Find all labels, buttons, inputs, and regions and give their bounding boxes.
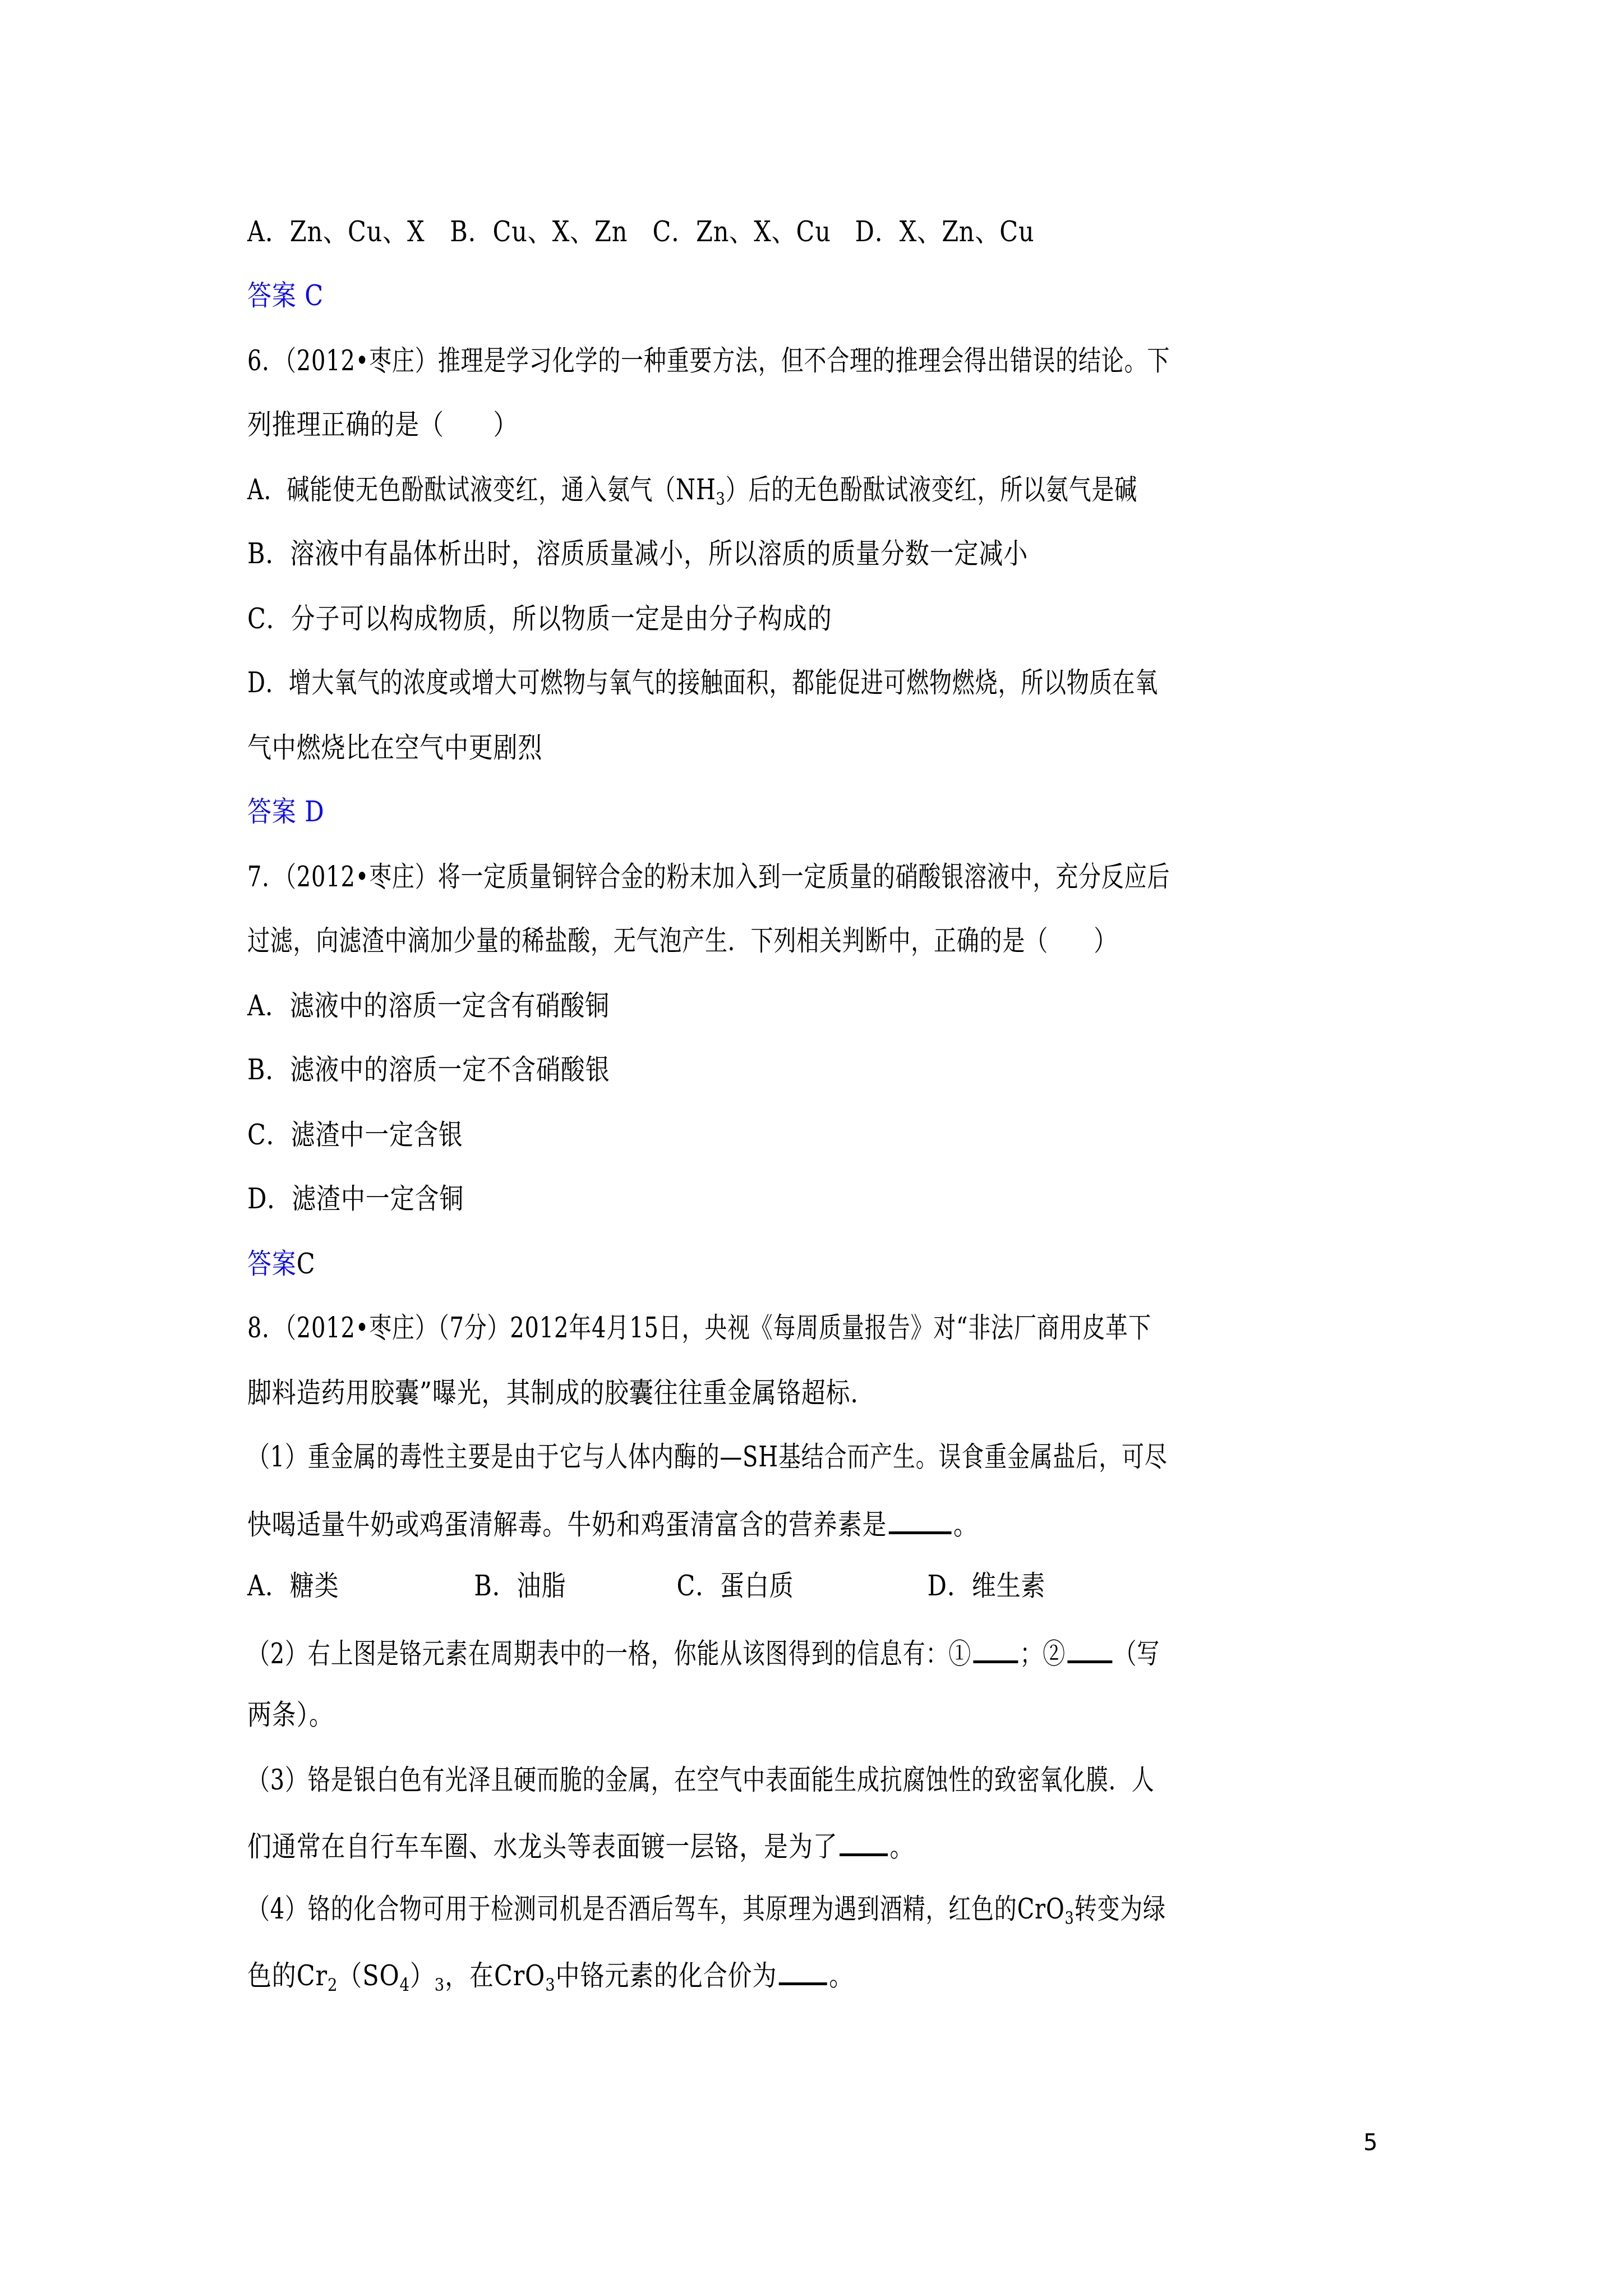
q7-option-c: C．滤渣中一定含银: [247, 1115, 1236, 1154]
answer-value: C: [305, 279, 324, 312]
subscript: 3: [716, 488, 726, 509]
q8-part4-line1: （4）铬的化合物可用于检测司机是否酒后驾车，其原理为遇到酒精，红色的CrO3转变…: [247, 1889, 1167, 1929]
q5-option-c: C．Zn、X、Cu: [652, 212, 855, 251]
subscript: 3: [1065, 1907, 1075, 1929]
q8-part2-line2: 两条）。: [247, 1695, 1236, 1734]
period: 。: [890, 1830, 915, 1863]
answer-blank[interactable]: [840, 1824, 888, 1856]
q8-part1-option-a: A．糖类: [247, 1566, 474, 1605]
q8-part4-line2: 色的Cr2（SO4）3，在CrO3中铬元素的化合价为。: [247, 1953, 1236, 1993]
q6-option-b: B．溶液中有晶体析出时，溶质质量减小，所以溶质的质量分数一定减小: [247, 534, 1236, 573]
q8-part4-line1-text: （4）铬的化合物可用于检测司机是否酒后驾车，其原理为遇到酒精，红色的CrO: [247, 1893, 1065, 1925]
answer-label: 答案: [247, 795, 297, 828]
q7-stem-line1: 7．（2012•枣庄）将一定质量铜锌合金的粉末加入到一定质量的硝酸银溶液中，充分…: [247, 857, 1167, 896]
answer-label: 答案: [247, 1248, 297, 1280]
answer-value: D: [305, 795, 324, 828]
q8-part1-option-d: D．维生素: [928, 1566, 1046, 1605]
document-page: A．Zn、Cu、XB．Cu、X、ZnC．Zn、X、CuD．X、Zn、Cu 答案 …: [0, 0, 1623, 2296]
answer-blank[interactable]: [889, 1502, 952, 1534]
q8-part1-line2: 快喝适量牛奶或鸡蛋清解毒。牛奶和鸡蛋清富含的营养素是。: [247, 1502, 1236, 1542]
q8-stem-line1: 8．（2012•枣庄）（7分）2012年4月15日，央视《每周质量报告》对“非法…: [247, 1308, 1167, 1347]
period: 。: [953, 1508, 978, 1541]
q5-answer: 答案 C: [247, 276, 1236, 315]
text-segment: ）: [410, 1959, 435, 1992]
subscript: 4: [400, 1974, 410, 1995]
text-segment: ，在CrO: [445, 1959, 545, 1992]
subscript: 3: [545, 1974, 555, 1995]
q8-part3-line2: 们通常在自行车车圈、水龙头等表面镀一层铬，是为了。: [247, 1824, 1236, 1864]
q6-option-c: C．分子可以构成物质，所以物质一定是由分子构成的: [247, 599, 1236, 638]
q6-stem-line1: 6．（2012•枣庄）推理是学习化学的一种重要方法，但不合理的推理会得出错误的结…: [247, 341, 1167, 380]
q8-part4-line1-tail: 转变为绿: [1075, 1893, 1166, 1925]
q6-stem-line2: 列推理正确的是（ ）: [247, 405, 1236, 444]
q8-stem-line2: 脚料造药用胶囊”曝光，其制成的胶囊往往重金属铬超标．: [247, 1373, 1236, 1412]
subscript: 2: [328, 1974, 338, 1995]
q8-part2-line1-tail: （写: [1114, 1637, 1160, 1670]
answer-value: C: [297, 1248, 316, 1280]
q6-answer: 答案 D: [247, 792, 1236, 831]
q8-part1-line2-text: 快喝适量牛奶或鸡蛋清解毒。牛奶和鸡蛋清富含的营养素是: [247, 1508, 887, 1541]
q8-part1-line1: （1）重金属的毒性主要是由于它与人体内酶的—SH基结合而产生。误食重金属盐后，可…: [247, 1437, 1167, 1476]
q6-option-a: A．碱能使无色酚酞试液变红，通入氨气（NH3）后的无色酚酞试液变红，所以氨气是碱: [247, 470, 1167, 509]
q5-option-d: D．X、Zn、Cu: [855, 212, 1035, 251]
q6-option-a-pre: A．碱能使无色酚酞试液变红，通入氨气（NH: [247, 473, 716, 506]
q8-part1-option-b: B．油脂: [474, 1566, 676, 1605]
text-segment: 中铬元素的化合价为: [556, 1959, 777, 1992]
q5-option-a: A．Zn、Cu、X: [247, 212, 450, 251]
period: 。: [829, 1959, 854, 1992]
q7-option-d: D．滤渣中一定含铜: [247, 1179, 1236, 1218]
q8-part1-option-c: C．蛋白质: [676, 1566, 927, 1605]
q8-part3-line1: （3）铬是银白色有光泽且硬而脆的金属，在空气中表面能生成抗腐蚀性的致密氧化膜．人: [247, 1760, 1167, 1800]
q8-part1-options: A．糖类B．油脂C．蛋白质D．维生素: [247, 1566, 1236, 1605]
subscript: 3: [435, 1974, 445, 1995]
q8-part3-line2-text: 们通常在自行车车圈、水龙头等表面镀一层铬，是为了: [247, 1830, 838, 1863]
q7-option-a: A．滤液中的溶质一定含有硝酸铜: [247, 986, 1236, 1025]
answer-label: 答案: [247, 279, 297, 312]
q7-stem-line2: 过滤，向滤渣中滴加少量的稀盐酸，无气泡产生．下列相关判断中，正确的是（ ）: [247, 921, 1167, 960]
q8-part2-line1-text: （2）右上图是铬元素在周期表中的一格，你能从该图得到的信息有：①: [247, 1637, 971, 1670]
q5-option-b: B．Cu、X、Zn: [450, 212, 652, 251]
q6-option-a-post: ）后的无色酚酞试液变红，所以氨气是碱: [726, 473, 1137, 506]
q8-part2-separator: ；②: [1020, 1637, 1066, 1670]
q8-part2-line1: （2）右上图是铬元素在周期表中的一格，你能从该图得到的信息有：①；②（写: [247, 1631, 1167, 1671]
page-number: 5: [1363, 2129, 1377, 2157]
q7-option-b: B．滤液中的溶质一定不含硝酸银: [247, 1050, 1236, 1089]
q7-answer: 答案C: [247, 1244, 1236, 1283]
text-segment: （SO: [338, 1959, 399, 1992]
answer-blank-2[interactable]: [1067, 1631, 1112, 1663]
answer-blank-1[interactable]: [973, 1631, 1018, 1663]
q6-option-d-line2: 气中燃烧比在空气中更剧烈: [247, 728, 1236, 767]
text-segment: 色的Cr: [247, 1959, 328, 1992]
q6-option-d-line1: D．增大氧气的浓度或增大可燃物与氧气的接触面积，都能促进可燃物燃烧，所以物质在氧: [247, 663, 1167, 702]
q5-options-row: A．Zn、Cu、XB．Cu、X、ZnC．Zn、X、CuD．X、Zn、Cu: [247, 212, 1236, 251]
answer-blank[interactable]: [779, 1953, 827, 1985]
